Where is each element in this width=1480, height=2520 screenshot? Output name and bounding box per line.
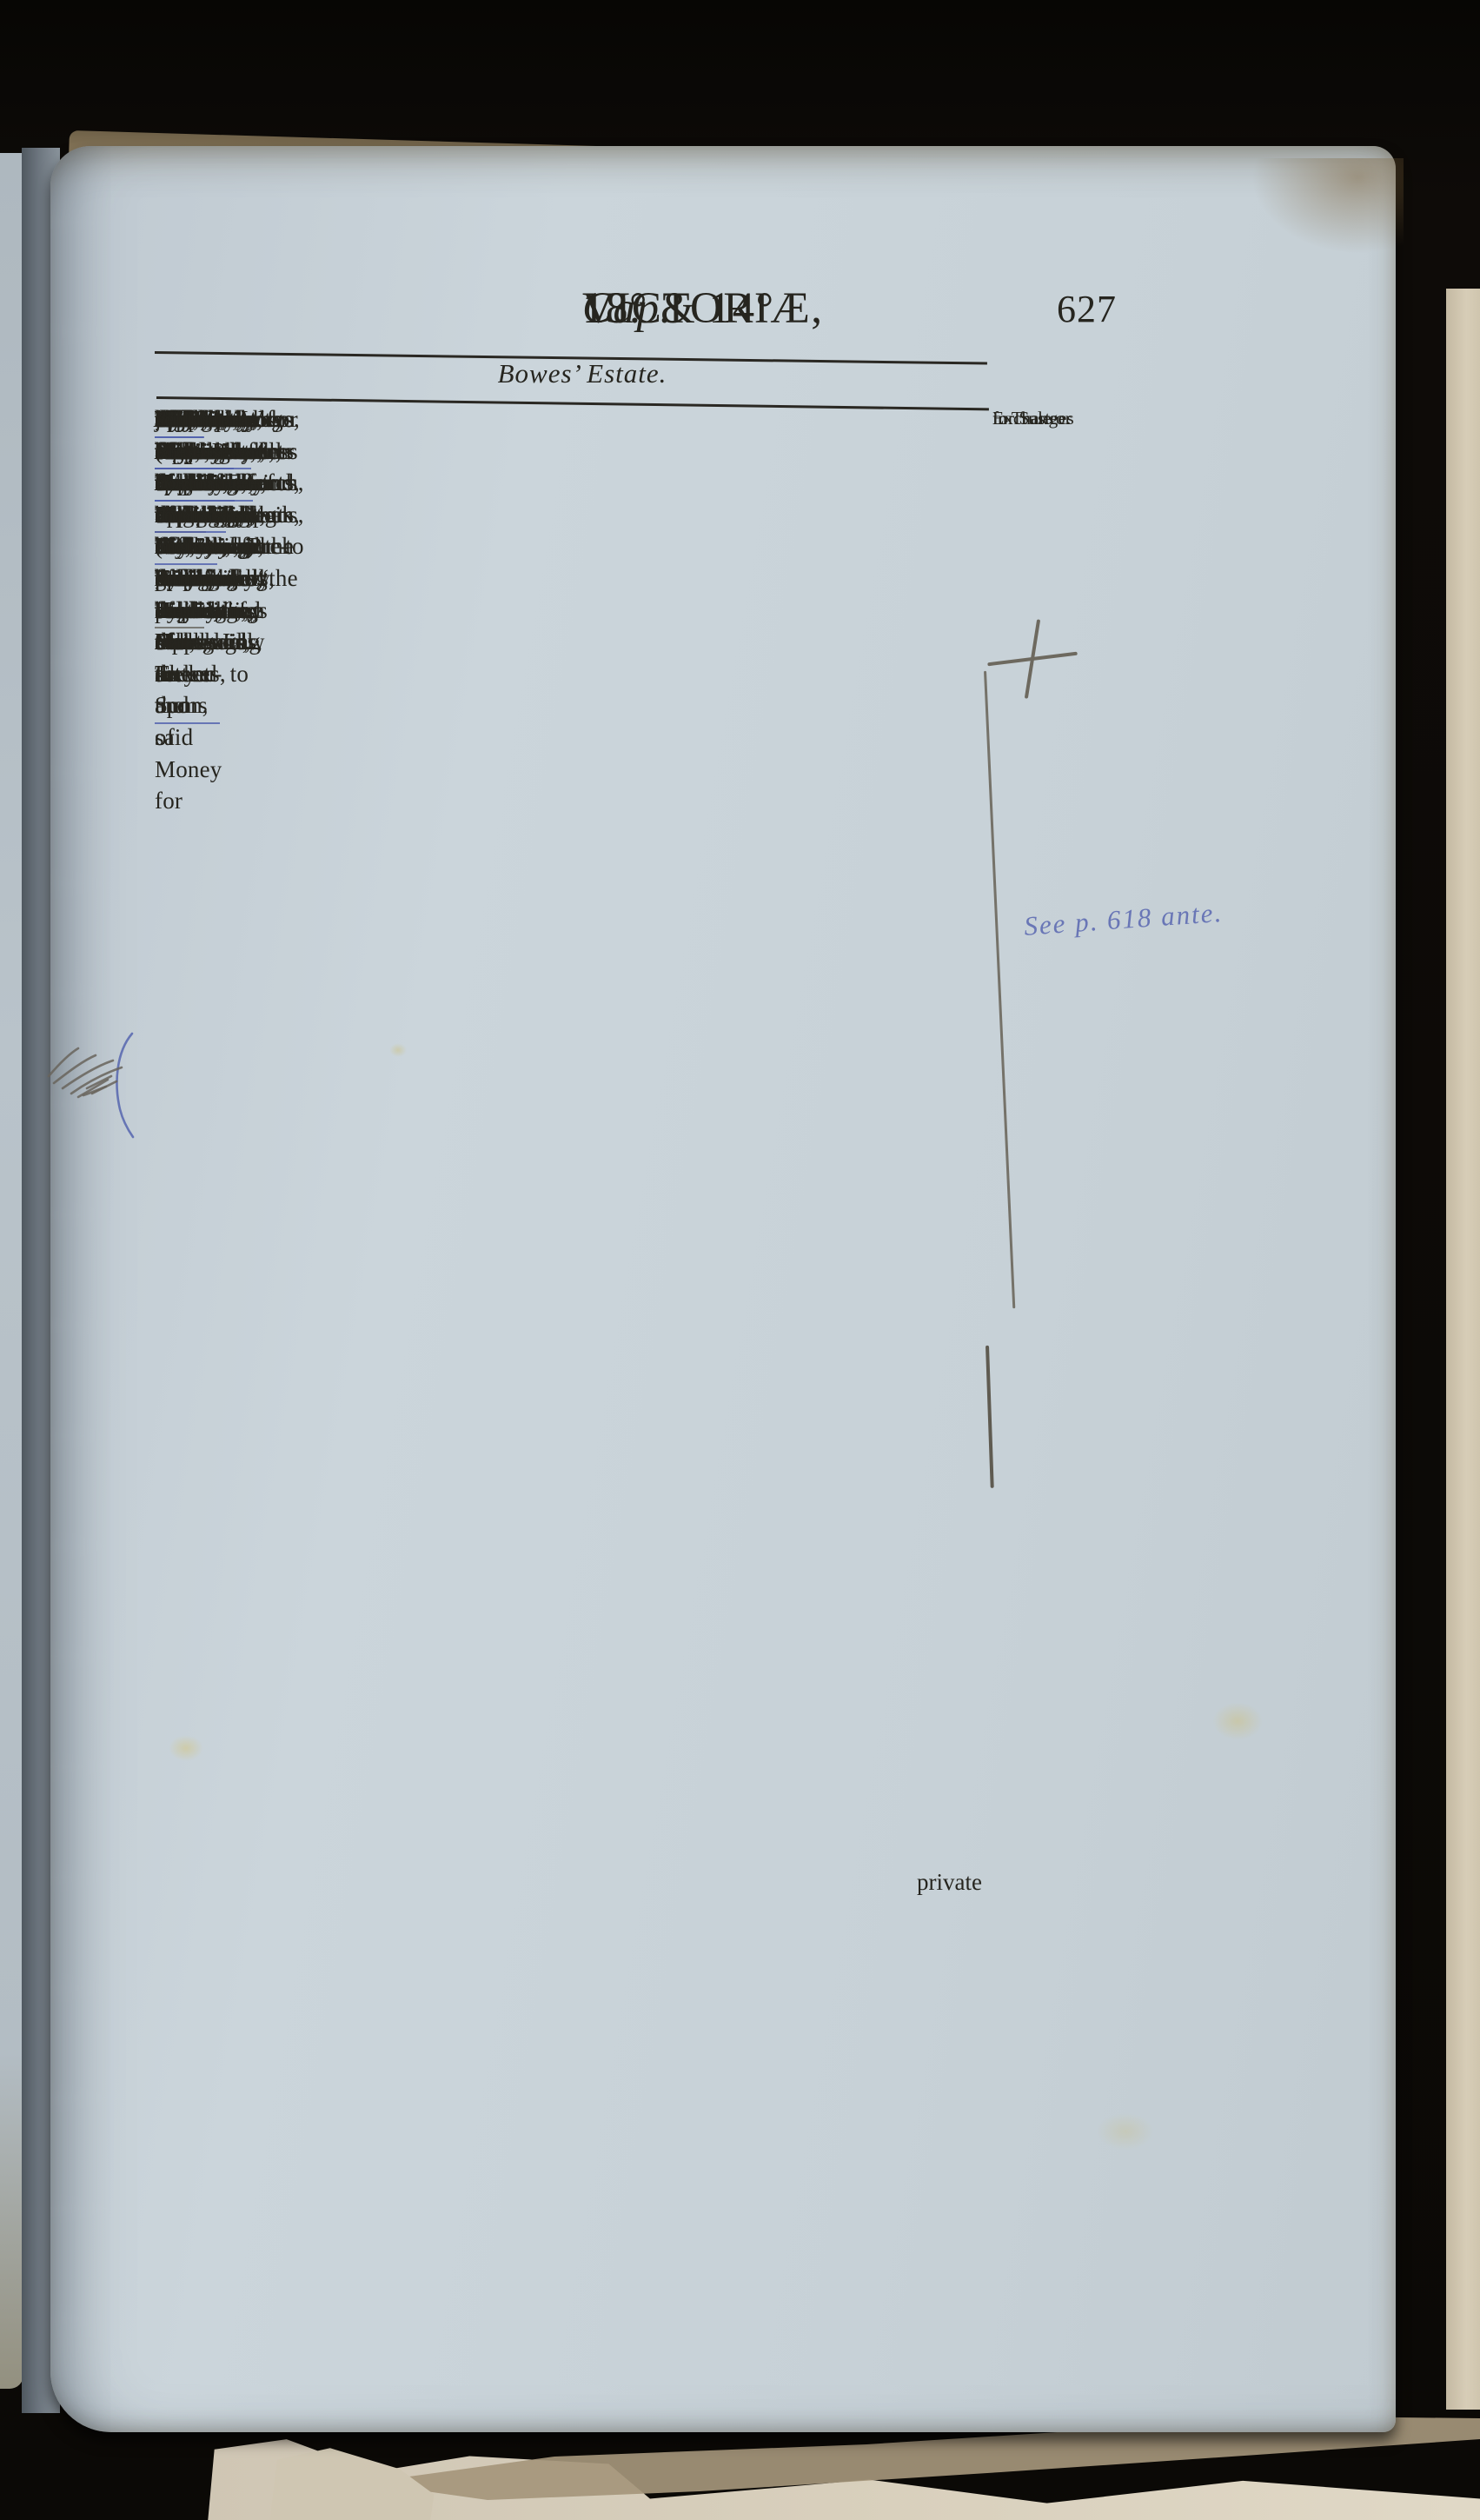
catchword: private — [155, 1869, 982, 1896]
margin-note-line: Exchange. — [992, 407, 1071, 430]
paper-stain — [1097, 2112, 1154, 2151]
paper-stain — [169, 1735, 203, 1761]
paper-stain — [389, 1043, 407, 1057]
running-title: Bowes’ Estate. — [156, 358, 1008, 389]
page-number: 627 — [1057, 287, 1117, 331]
book-scan: 13° & 14° VICTORIÆ, Cap.18. 627 Bowes’ E… — [0, 0, 1480, 2520]
page-corner-stain — [1251, 158, 1404, 254]
text-segment: sell the Premises so to be sold as afore… — [155, 403, 242, 658]
paper-stain — [1212, 1702, 1263, 1740]
pencil-scribble — [43, 1038, 144, 1104]
fore-edge-outer-page — [1446, 289, 1480, 2410]
title-chapter-number: 18. — [582, 283, 641, 334]
adjacent-page-edge — [0, 153, 23, 2389]
